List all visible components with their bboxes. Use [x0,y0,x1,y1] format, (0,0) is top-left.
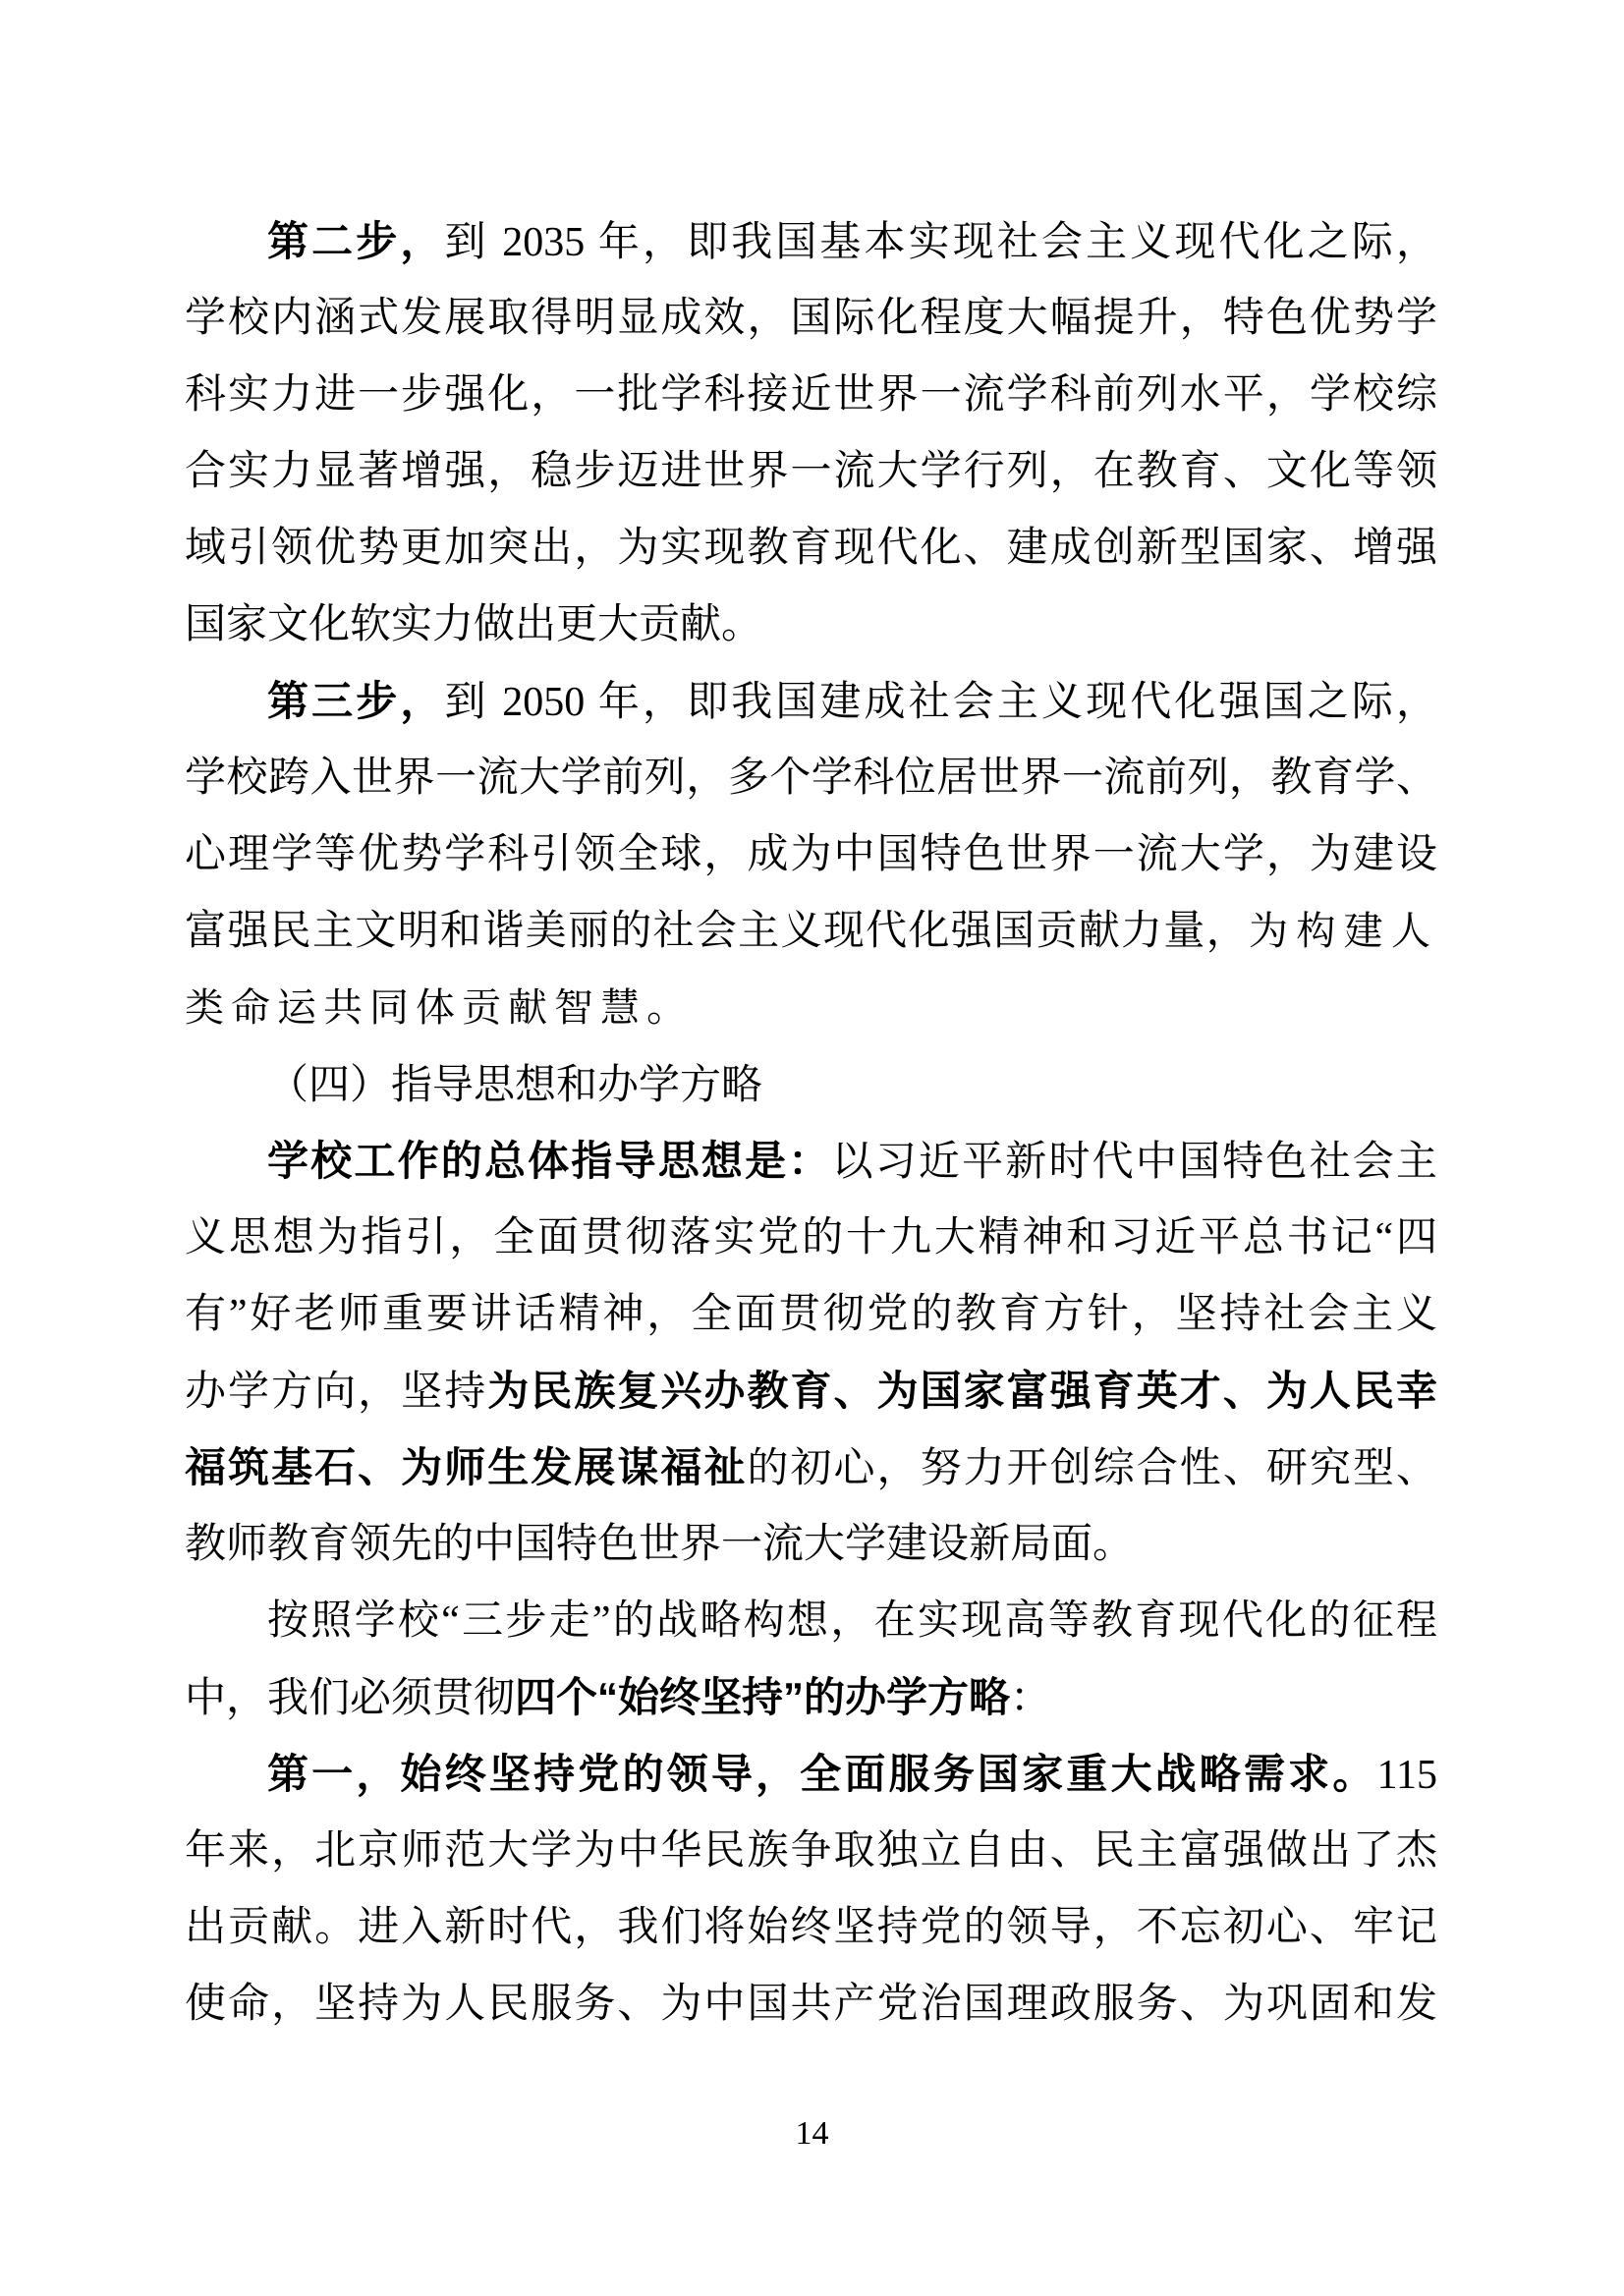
text-run-bold: 为民族复兴办教育、为国家富强育英才、为人民幸 [487,1368,1437,1414]
text-line: 心理学等优势学科引领全球，成为中国特色世界一流大学，为建设 [185,816,1437,893]
text-run-normal: 有”好老师重要讲话精神，全面贯彻党的教育方针，坚持社会主义 [185,1292,1437,1337]
text-run-normal: 学校内涵式发展取得明显成效，国际化程度大幅提升，特色优势学 [185,296,1437,341]
text-run-normal: 心理学等优势学科引领全球，成为中国特色世界一流大学，为建设 [185,832,1437,877]
text-run-normal: 教师教育领先的中国特色世界一流大学建设新局面。 [185,1522,1134,1567]
text-line: 域引领优势更加突出，为实现教育现代化、建成创新型国家、增强 [185,510,1437,587]
text-run-normal: 以习近平新时代中国特色社会主 [832,1140,1438,1185]
page-number: 14 [0,2114,1624,2154]
text-run-bold: 学校工作的总体指导思想是： [267,1138,832,1184]
text-run-heiti: （四）指导思想和办学方略 [267,1061,762,1107]
text-line: 第一，始终坚持党的领导，全面服务国家重大战略需求。115 [185,1736,1437,1813]
document-page: 第二步，到 2035 年，即我国基本实现社会主义现代化之际，学校内涵式发展取得明… [0,0,1624,2296]
text-run-bold: 第二步， [267,218,444,264]
text-line: 中，我们必须贯彻四个“始终坚持”的办学方略： [185,1659,1437,1736]
text-line: 第三步，到 2050 年，即我国建成社会主义现代化强国之际， [185,663,1437,740]
text-line: 类命运共同体贡献智慧。 [185,970,1437,1046]
text-run-normal: 按照学校“三步走”的战略构想，在实现高等教育现代化的征程 [267,1598,1437,1644]
text-run-normal: 办学方向，坚持 [185,1370,487,1415]
text-line: 第二步，到 2035 年，即我国基本实现社会主义现代化之际， [185,203,1437,280]
text-run-bold: 四个“始终坚持”的办学方略 [515,1674,1010,1720]
text-run-normal: 到 2050 年，即我国建成社会主义现代化强国之际， [444,680,1437,725]
text-line: 使命，坚持为人民服务、为中国共产党治国理政服务、为巩固和发 [185,1966,1437,2043]
text-run-normal: 域引领优势更加突出，为实现教育现代化、建成创新型国家、增强 [185,526,1437,571]
text-run-normal: 义思想为指引，全面贯彻落实党的十九大精神和习近平总书记“四 [185,1215,1437,1260]
text-line: 有”好老师重要讲话精神，全面贯彻党的教育方针，坚持社会主义 [185,1276,1437,1353]
page-content: 第二步，到 2035 年，即我国基本实现社会主义现代化之际，学校内涵式发展取得明… [185,203,1437,2043]
text-line: 按照学校“三步走”的战略构想，在实现高等教育现代化的征程 [185,1583,1437,1659]
text-run-normal: 115 [1377,1753,1437,1798]
text-run-normal: 出贡献。进入新时代，我们将始终坚持党的领导，不忘初心、牢记 [185,1905,1437,1950]
text-run-normal: ： [1010,1676,1051,1721]
text-run-normal: 中，我们必须贯彻 [185,1676,515,1721]
text-run-normal: 科实力进一步强化，一批学科接近世界一流学科前列水平，学校综 [185,372,1437,418]
text-line: 国家文化软实力做出更大贡献。 [185,587,1437,663]
text-line: 办学方向，坚持为民族复兴办教育、为国家富强育英才、为人民幸 [185,1353,1437,1429]
text-line: 学校内涵式发展取得明显成效，国际化程度大幅提升，特色优势学 [185,280,1437,357]
text-line: （四）指导思想和办学方略 [185,1046,1437,1123]
text-run-kaiti: 类命运共同体贡献智慧 [185,985,646,1030]
text-line: 年来，北京师范大学为中华民族争取独立自由、民主富强做出了杰 [185,1813,1437,1889]
text-run-normal: 年来，北京师范大学为中华民族争取独立自由、民主富强做出了杰 [185,1828,1437,1874]
text-run-normal: 使命，坚持为人民服务、为中国共产党治国理政服务、为巩固和发 [185,1982,1437,2027]
text-run-normal: 到 2035 年，即我国基本实现社会主义现代化之际， [444,220,1437,265]
text-line: 学校工作的总体指导思想是：以习近平新时代中国特色社会主 [185,1123,1437,1200]
text-run-normal: 学校跨入世界一流大学前列，多个学科位居世界一流前列，教育学、 [185,756,1437,801]
text-run-normal: 富强民主文明和谐美丽的社会主义现代化强国贡献力量， [185,909,1249,954]
text-run-bold: 第一，始终坚持党的领导，全面服务国家重大战略需求。 [267,1751,1377,1797]
text-run-normal: 国家文化软实力做出更大贡献。 [185,602,762,647]
text-line: 学校跨入世界一流大学前列，多个学科位居世界一流前列，教育学、 [185,740,1437,816]
text-run-bold: 福筑基石、为师生发展谋福祉 [185,1444,747,1490]
text-line: 富强民主文明和谐美丽的社会主义现代化强国贡献力量，为构建人 [185,893,1437,970]
text-run-bold: 第三步， [267,678,444,724]
text-line: 合实力显著增强，稳步迈进世界一流大学行列，在教育、文化等领 [185,433,1437,510]
text-run-kaiti: 为构建人 [1249,909,1437,953]
text-line: 科实力进一步强化，一批学科接近世界一流学科前列水平，学校综 [185,357,1437,433]
text-line: 出贡献。进入新时代，我们将始终坚持党的领导，不忘初心、牢记 [185,1889,1437,1966]
text-run-normal: 。 [646,985,688,1031]
text-run-normal: 合实力显著增强，稳步迈进世界一流大学行列，在教育、文化等领 [185,449,1437,494]
text-run-normal: 的初心，努力开创综合性、研究型、 [747,1446,1437,1491]
text-line: 教师教育领先的中国特色世界一流大学建设新局面。 [185,1506,1437,1583]
text-line: 义思想为指引，全面贯彻落实党的十九大精神和习近平总书记“四 [185,1200,1437,1276]
text-line: 福筑基石、为师生发展谋福祉的初心，努力开创综合性、研究型、 [185,1429,1437,1506]
